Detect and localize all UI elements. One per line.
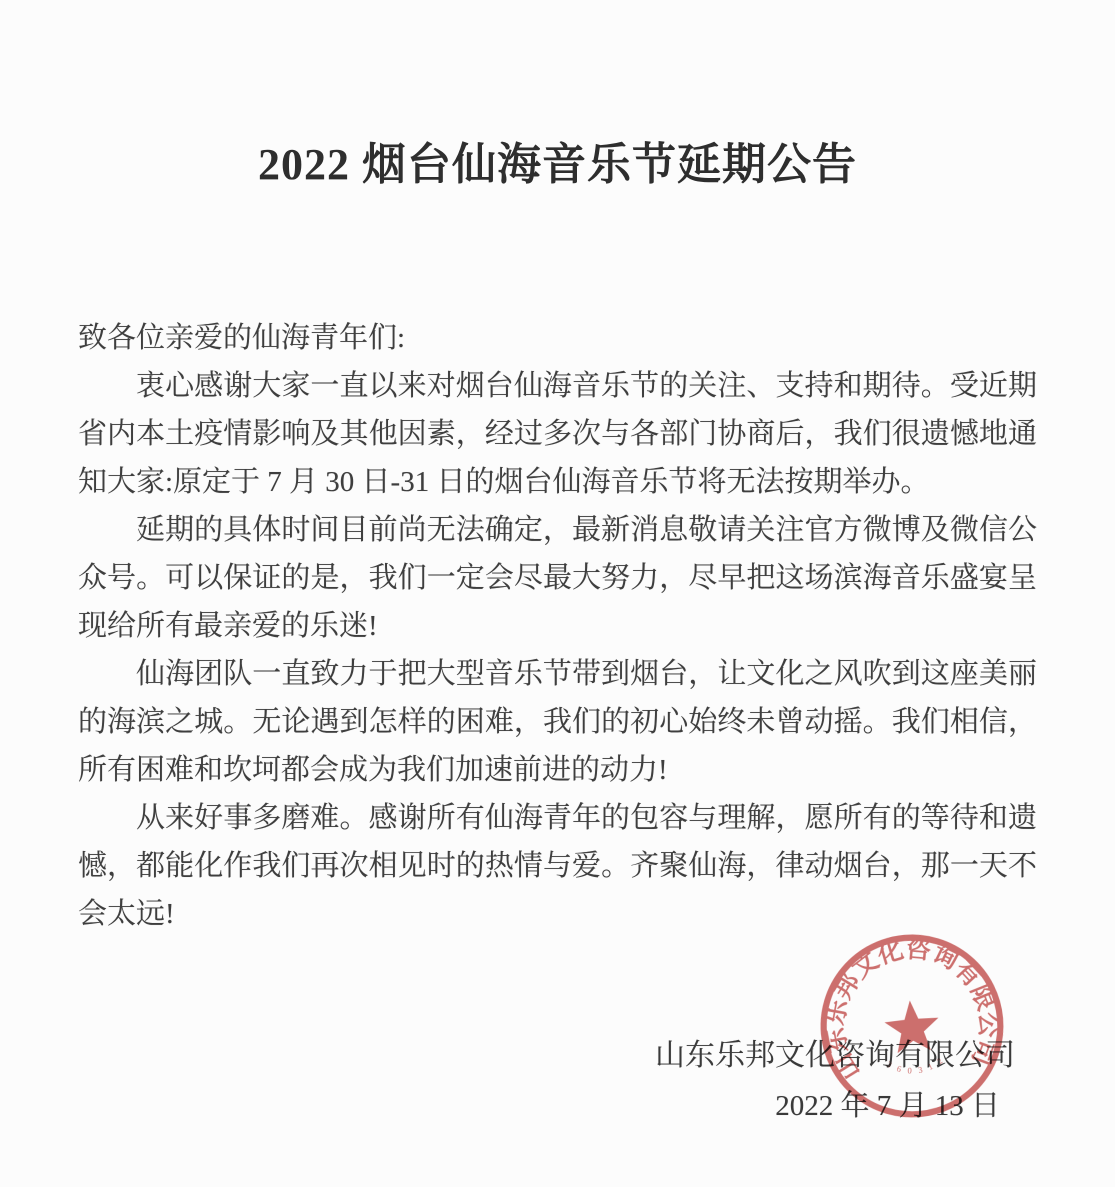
document-body: 致各位亲爱的仙海青年们: 衷心感谢大家一直以来对烟台仙海音乐节的关注、支持和期待…	[78, 314, 1037, 938]
salutation-line: 致各位亲爱的仙海青年们:	[78, 314, 1037, 362]
document-page: 2022 烟台仙海音乐节延期公告 致各位亲爱的仙海青年们: 衷心感谢大家一直以来…	[0, 0, 1115, 1187]
body-paragraph: 衷心感谢大家一直以来对烟台仙海音乐节的关注、支持和期待。受近期省内本土疫情影响及…	[78, 362, 1037, 506]
body-paragraph: 仙海团队一直致力于把大型音乐节带到烟台，让文化之风吹到这座美丽的海滨之城。无论遇…	[78, 650, 1037, 794]
official-red-seal: 山东乐邦文化咨询有限公司 3603120480	[809, 923, 1015, 1129]
page-title: 2022 烟台仙海音乐节延期公告	[0, 128, 1115, 192]
seal-star-icon	[883, 998, 941, 1054]
body-paragraph: 从来好事多磨难。感谢所有仙海青年的包容与理解，愿所有的等待和遗憾，都能化作我们再…	[78, 794, 1037, 938]
body-paragraph: 延期的具体时间目前尚无法确定，最新消息敬请关注官方微博及微信公众号。可以保证的是…	[78, 506, 1037, 650]
